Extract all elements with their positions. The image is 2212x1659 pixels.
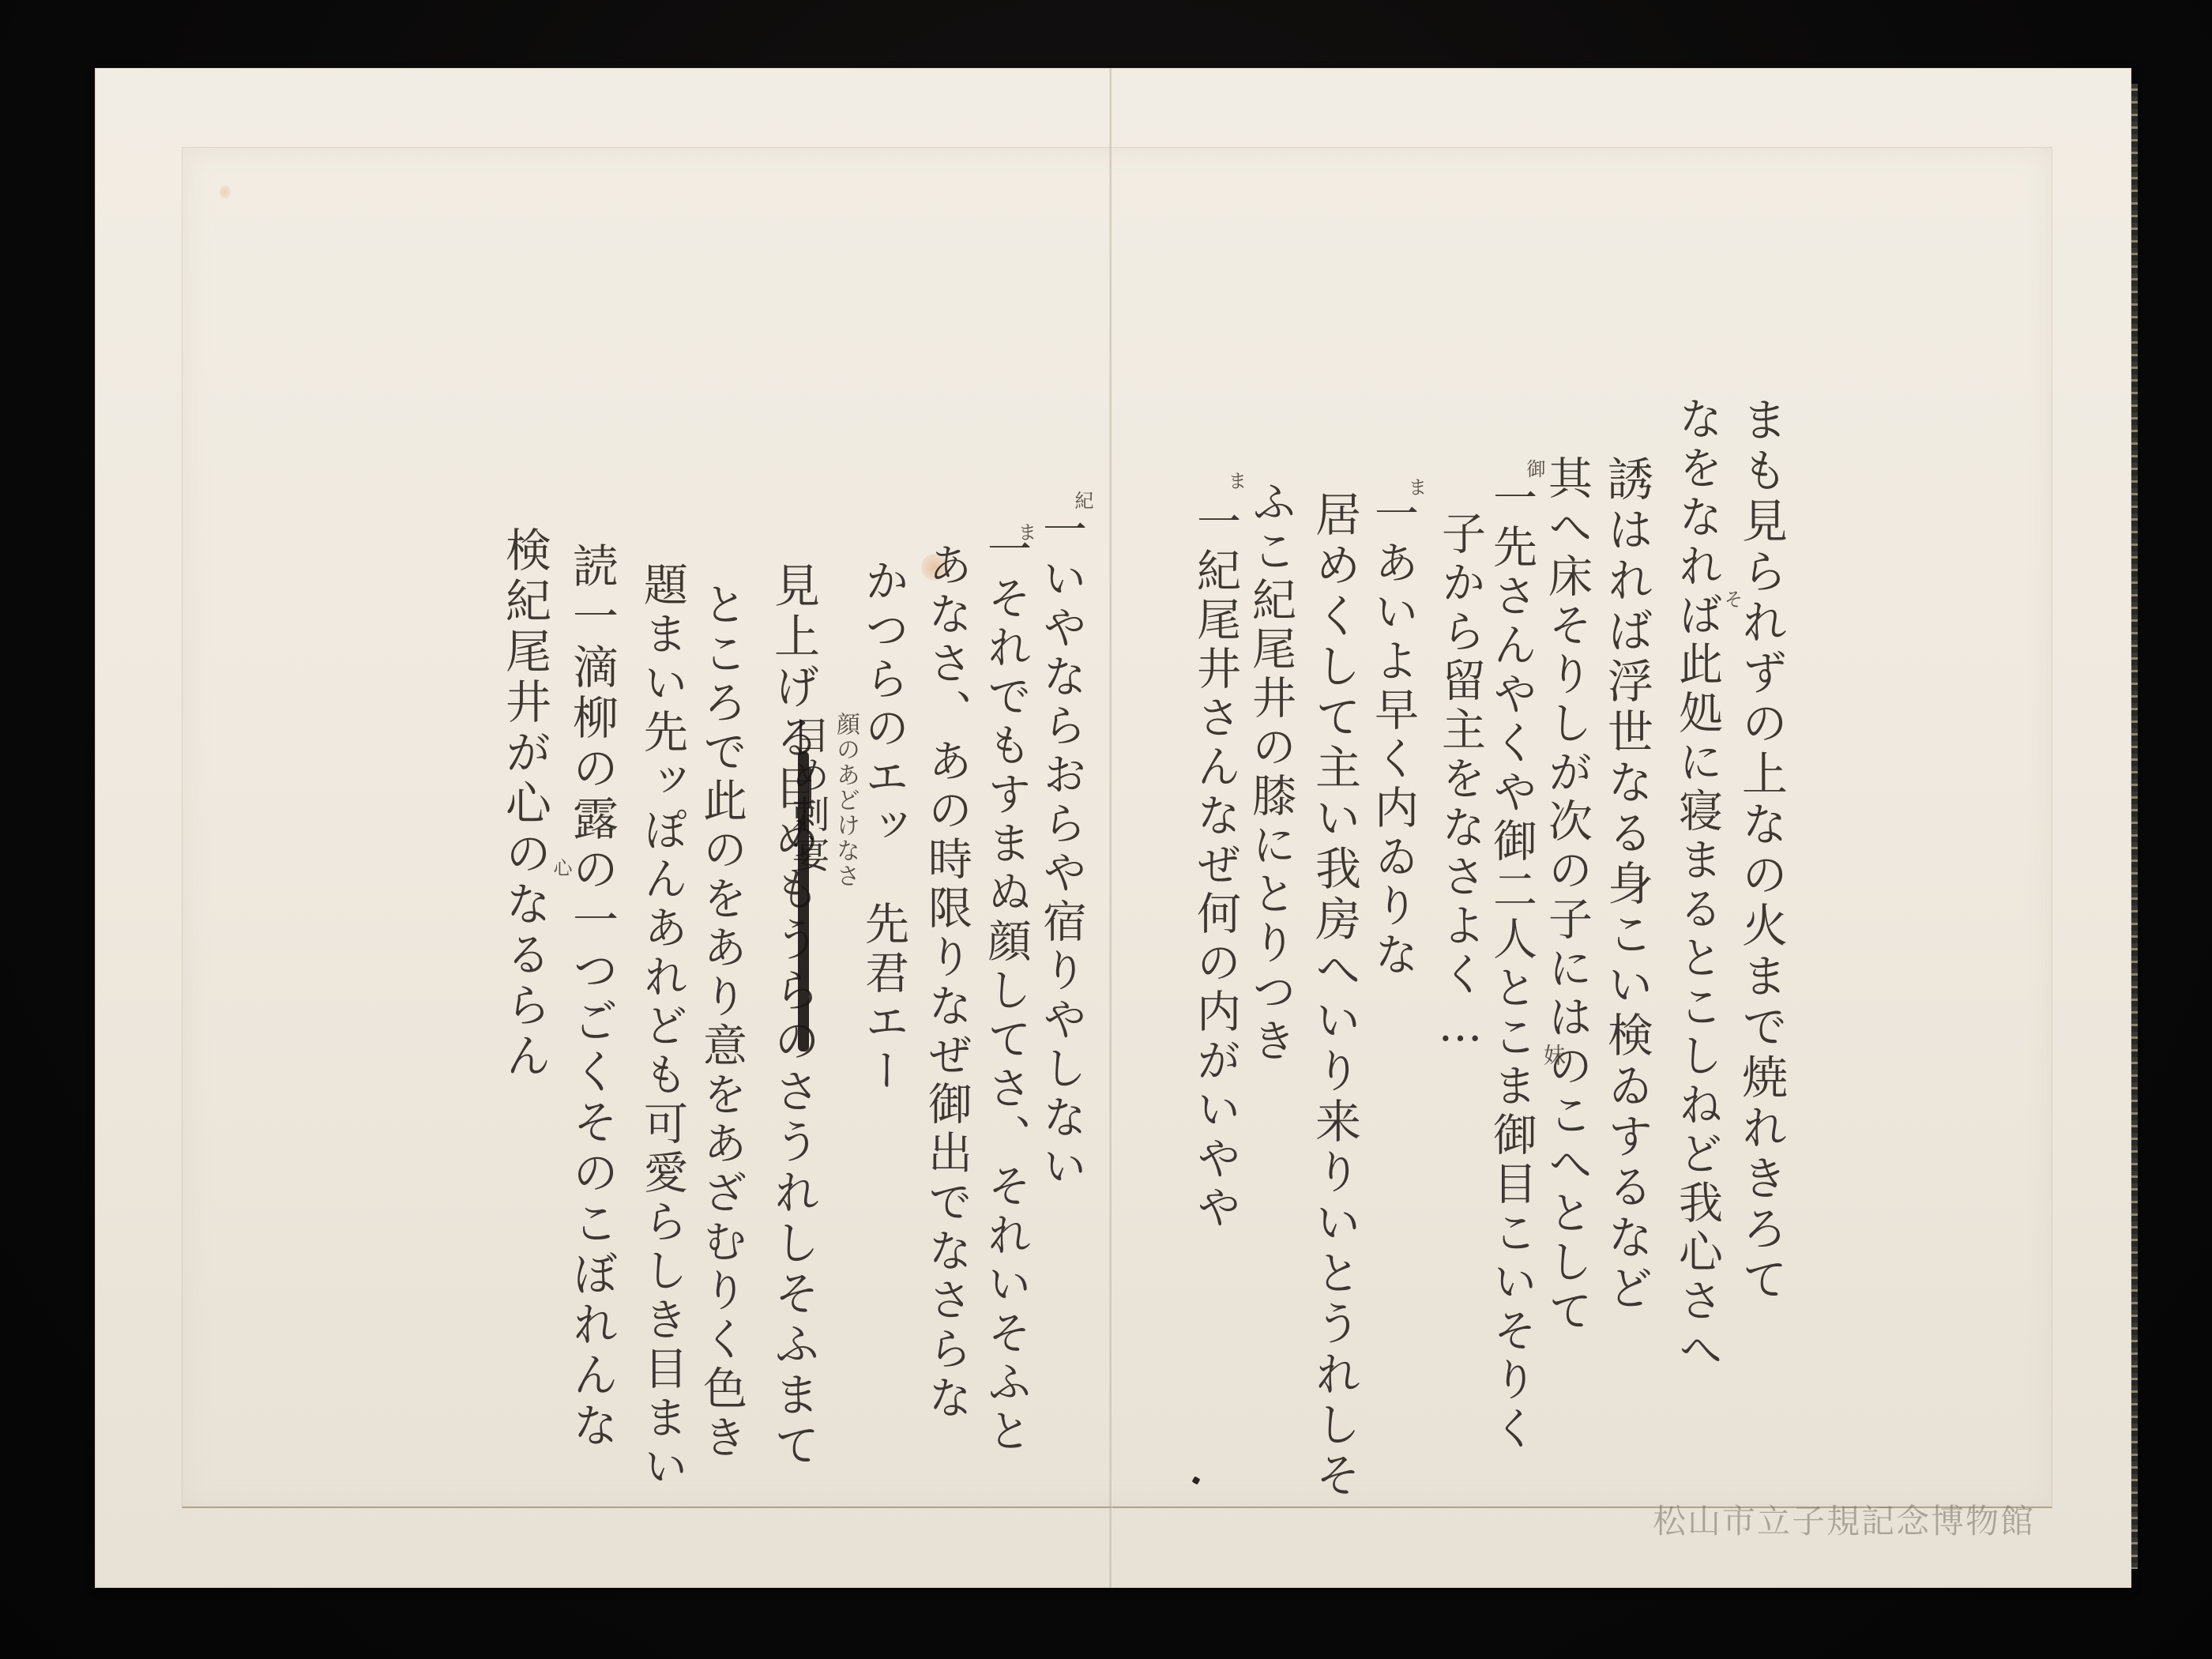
right-column-4: 其へ床そりしが次の子にはのこへとして [1544, 455, 1589, 1443]
foxing-stain-corner [220, 185, 231, 199]
right-column-10-annotation: ま [1226, 471, 1245, 491]
right-column-9: ふこ紀尾井の膝にとりつき [1248, 479, 1292, 1048]
right-column-1-annotation: そ [1722, 589, 1741, 610]
right-column-3: 誘はれば浮世なる身こい検ゐするなど [1604, 455, 1650, 1443]
center-fold [1109, 68, 1112, 1588]
margin-correction: 妹 [1542, 1044, 1564, 1067]
left-column-3: あなさ、あの時限りなぜ御出でなさらな [924, 542, 969, 1411]
right-column-1: まも見られずの上なの火まで焼れきろて [1738, 396, 1784, 1462]
manuscript-sheet: まも見られずの上なの火まで焼れきろて そ なをなれば此処に寝まるとこしねど我心さ… [95, 68, 2131, 1588]
museum-watermark: 松山市立子規記念博物館 [1653, 1495, 2035, 1543]
left-column-6: ところで此のをあり意をあざむりく色き [699, 581, 743, 1403]
struck-through-text: 目め刺宴 [788, 716, 826, 874]
left-column-5: 見上げる目めもうらのさうれしそふまて [770, 562, 816, 1399]
left-column-9-annotation: 心 [551, 858, 570, 878]
right-column-2: なをなれば此処に寝まるとこしねど我心さへ [1675, 396, 1719, 1462]
sheet-edge-binding [2131, 84, 2138, 1569]
photo-backdrop: まも見られずの上なの火まで焼れきろて そ なをなれば此処に寝まるとこしねど我心さ… [0, 0, 2212, 1659]
left-column-8: 読一滴柳の露の一つごくそのこぼれんな [569, 542, 615, 1379]
right-column-7: 一あいよ早く内ゐりな [1371, 491, 1415, 1091]
left-column-2: 一それでもすまぬ顔してさ、それいそふと [984, 526, 1028, 1395]
right-column-8: 居めくして主い我房へいり来りいとうれしそ [1311, 491, 1357, 1399]
right-column-10: 一紀尾井さんなぜ何の内がいやや [1193, 498, 1237, 1067]
left-column-4: かつらのエッ 先君エー [861, 558, 905, 1048]
left-column-9: 検紀尾井が心のなるらん [502, 526, 547, 1127]
right-column-6: 子から留主をなさよく… [1438, 510, 1482, 1142]
left-column-7: 題まい先ッぽんあれども可愛らしき目まい [640, 562, 684, 1399]
right-column-7-annotation: ま [1406, 477, 1425, 498]
left-column-1-annotation: 紀 [1073, 491, 1092, 511]
left-column-2-annotation: ま [1016, 522, 1035, 543]
left-column-5-insertion: 顔のあどけなさ [833, 712, 857, 889]
left-column-1: 一いやならおらや宿りやしない [1039, 506, 1083, 1138]
right-column-5: 一先さんやくや御二人とこま御目こいそりく [1489, 475, 1533, 1454]
right-column-5-annotation: 御 [1525, 459, 1544, 480]
